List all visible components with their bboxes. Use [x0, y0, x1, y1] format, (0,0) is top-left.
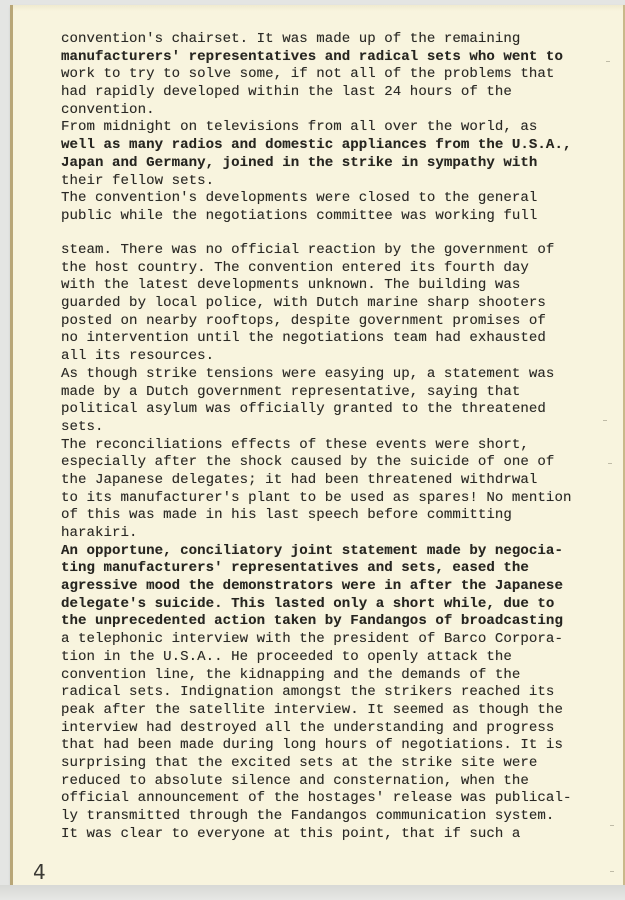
text-line: manufacturers' representatives and radic…	[61, 49, 571, 67]
text-line: that had been made during long hours of …	[61, 737, 571, 755]
text-line: work to try to solve some, if not all of…	[61, 66, 571, 84]
text-line: convention's chairset. It was made up of…	[61, 31, 571, 49]
paper-speck	[610, 825, 614, 826]
text-line: posted on nearby rooftops, despite gover…	[61, 313, 571, 331]
text-line: public while the negotiations committee …	[61, 208, 571, 226]
text-line: agressive mood the demonstrators were in…	[61, 578, 571, 596]
text-line: a telephonic interview with the presiden…	[61, 631, 571, 649]
text-line: to its manufacturer's plant to be used a…	[61, 490, 571, 508]
text-line: especially after the shock caused by the…	[61, 454, 571, 472]
text-line: official announcement of the hostages' r…	[61, 790, 571, 808]
text-line: political asylum was officially granted …	[61, 401, 571, 419]
text-line: with the latest developments unknown. Th…	[61, 277, 571, 295]
text-line: Japan and Germany, joined in the strike …	[61, 155, 571, 173]
paper-speck	[603, 420, 607, 421]
text-line: convention line, the kidnapping and the …	[61, 667, 571, 685]
text-line: ting manufacturers' representatives and …	[61, 560, 571, 578]
text-line: had rapidly developed within the last 24…	[61, 84, 571, 102]
text-line: all its resources.	[61, 348, 571, 366]
text-line: the Japanese delegates; it had been thre…	[61, 472, 571, 490]
text-line: interview had destroyed all the understa…	[61, 720, 571, 738]
text-line: tion in the U.S.A.. He proceeded to open…	[61, 649, 571, 667]
text-line: surprising that the excited sets at the …	[61, 755, 571, 773]
text-line: convention.	[61, 102, 571, 120]
text-line: peak after the satellite interview. It s…	[61, 702, 571, 720]
text-line: guarded by local police, with Dutch mari…	[61, 295, 571, 313]
text-line: steam. There was no official reaction by…	[61, 242, 571, 260]
text-line: It was clear to everyone at this point, …	[61, 826, 571, 844]
text-line: of this was made in his last speech befo…	[61, 507, 571, 525]
text-line: harakiri.	[61, 525, 571, 543]
text-block-bottom: steam. There was no official reaction by…	[61, 242, 571, 843]
text-line: no intervention until the negotiations t…	[61, 330, 571, 348]
paper-speck	[606, 61, 610, 62]
text-line: their fellow sets.	[61, 173, 571, 191]
text-line: As though strike tensions were easying u…	[61, 366, 571, 384]
text-line: ly transmitted through the Fandangos com…	[61, 808, 571, 826]
text-line: well as many radios and domestic applian…	[61, 137, 571, 155]
text-line: the host country. The convention entered…	[61, 260, 571, 278]
document-page: convention's chairset. It was made up of…	[10, 5, 625, 885]
paper-speck	[608, 463, 612, 464]
text-line: An opportune, conciliatory joint stateme…	[61, 543, 571, 561]
text-line: the unprecedented action taken by Fandan…	[61, 613, 571, 631]
text-line: The reconciliations effects of these eve…	[61, 437, 571, 455]
text-line: sets.	[61, 419, 571, 437]
text-line: made by a Dutch government representativ…	[61, 384, 571, 402]
text-line: The convention's developments were close…	[61, 190, 571, 208]
text-line: From midnight on televisions from all ov…	[61, 119, 571, 137]
text-line: reduced to absolute silence and constern…	[61, 773, 571, 791]
text-line: delegate's suicide. This lasted only a s…	[61, 596, 571, 614]
text-line: radical sets. Indignation amongst the st…	[61, 684, 571, 702]
scan-background	[0, 885, 625, 900]
text-block-top: convention's chairset. It was made up of…	[61, 31, 571, 226]
paper-speck	[610, 871, 614, 872]
page-number: 4	[33, 860, 46, 884]
